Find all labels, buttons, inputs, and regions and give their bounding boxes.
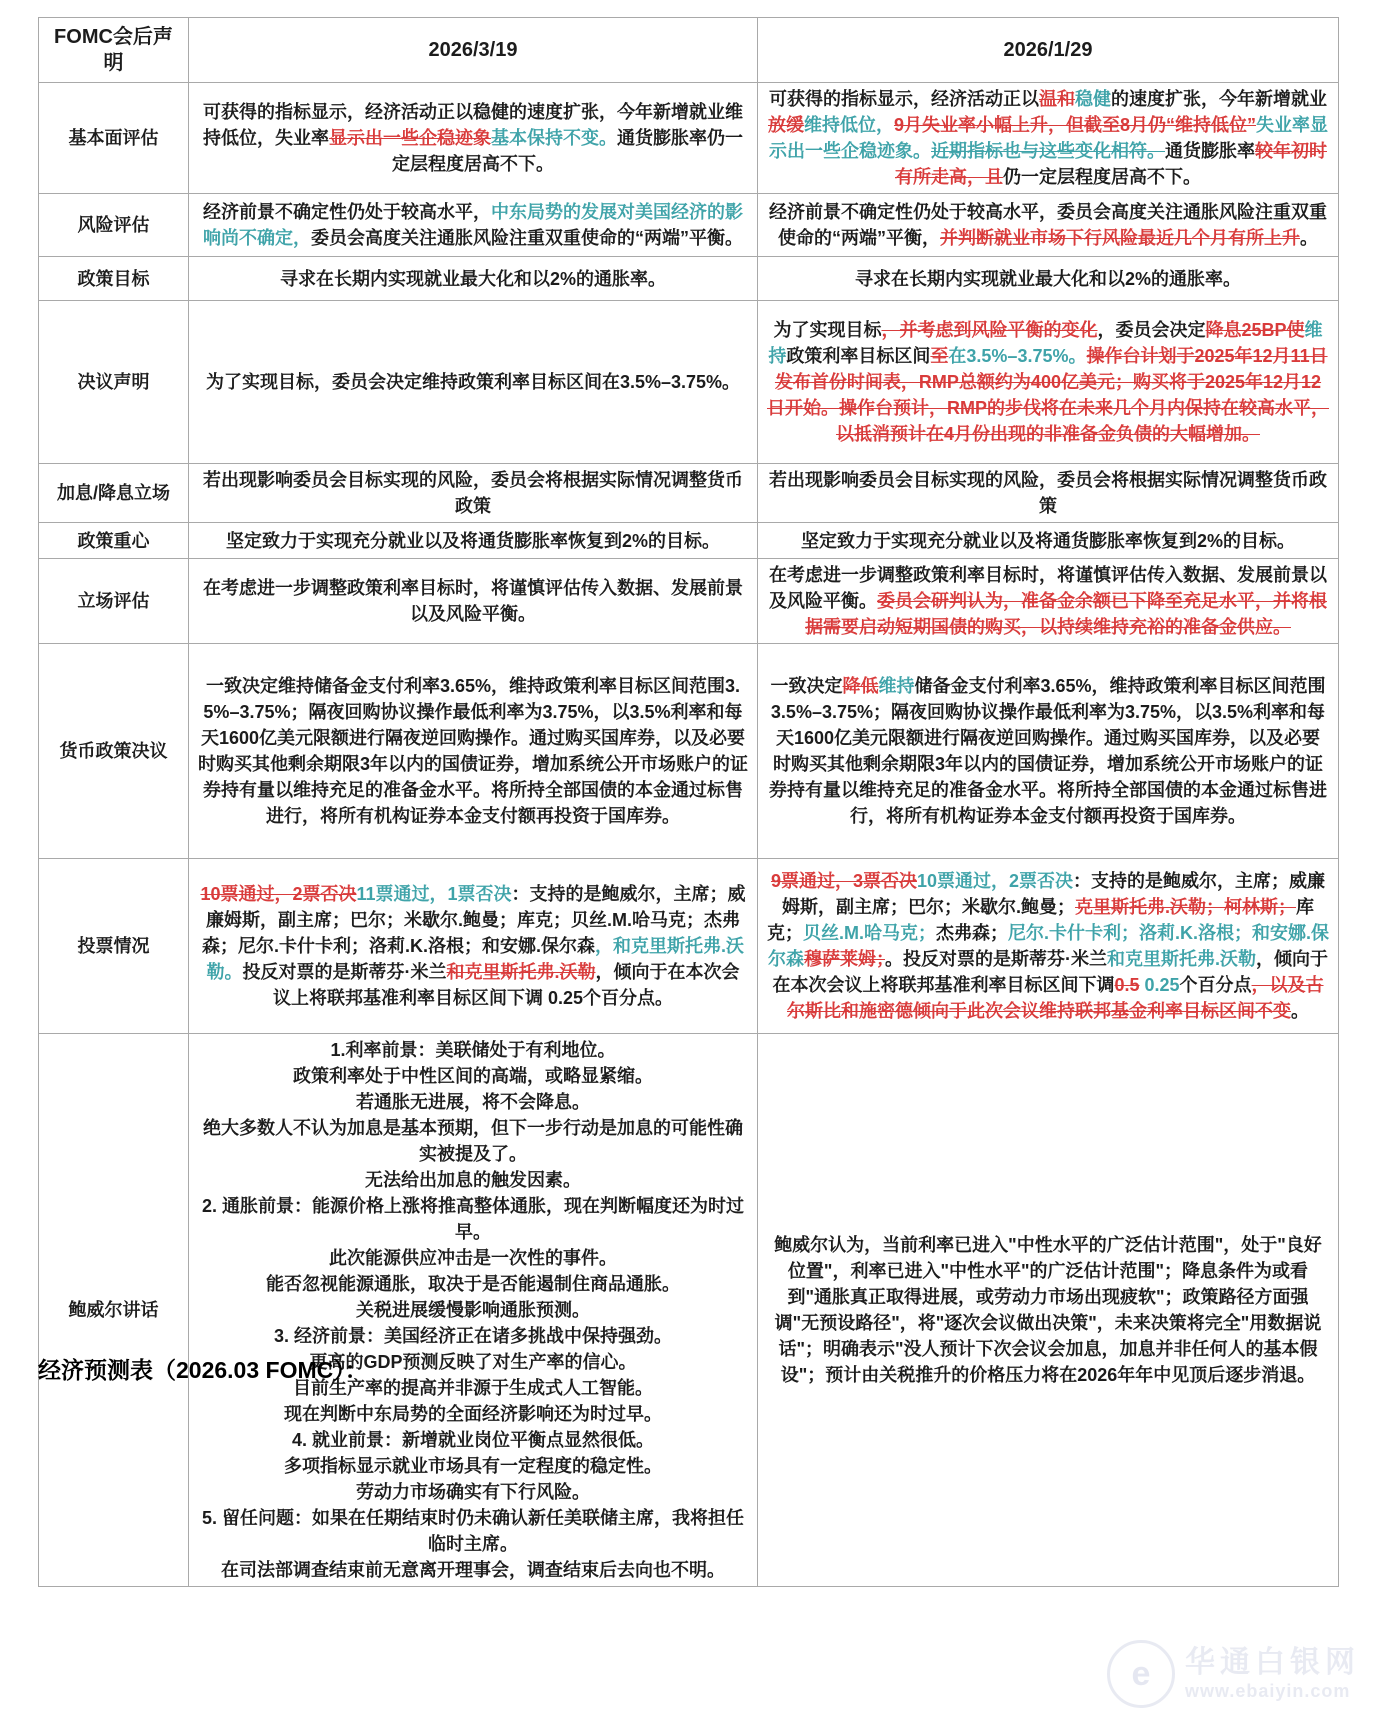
row-label: 基本面评估 — [39, 83, 189, 194]
table-row: 政策目标寻求在长期内实现就业最大化和以2%的通胀率。寻求在长期内实现就业最大化和… — [39, 257, 1339, 301]
statement-cell-2026-3-19: 一致决定维持储备金支付利率3.65%，维持政策利率目标区间范围3.5%–3.75… — [189, 644, 758, 859]
statement-cell-2026-1-29: 在考虑进一步调整政策利率目标时，将谨慎评估传入数据、发展前景以及风险平衡。委员会… — [758, 559, 1339, 644]
column-header-date-left: 2026/3/19 — [189, 18, 758, 83]
text-segment-rs: 穆萨莱姆； — [804, 949, 885, 969]
page: FOMC会后声明 2026/3/19 2026/1/29 基本面评估可获得的指标… — [0, 0, 1374, 1722]
text-segment-rs: 委员会研判认为，准备金余额已下降至充足水平，并将根据需要启动短期国债的购买，以持… — [805, 591, 1327, 637]
table-row: 政策重心坚定致力于实现充分就业以及将通货膨胀率恢复到2%的目标。坚定致力于实现充… — [39, 523, 1339, 559]
text-segment-n: 寻求在长期内实现就业最大化和以2%的通胀率。 — [280, 269, 666, 289]
statement-cell-2026-1-29: 经济前景不确定性仍处于较高水平，委员会高度关注通胀风险注重双重使命的“两端”平衡… — [758, 194, 1339, 257]
text-segment-n: 为了实现目标 — [773, 320, 881, 340]
statement-cell-2026-3-19: 可获得的指标显示，经济活动正以稳健的速度扩张，今年新增就业维持低位，失业率显示出… — [189, 83, 758, 194]
statement-cell-2026-3-19: 寻求在长期内实现就业最大化和以2%的通胀率。 — [189, 257, 758, 301]
text-segment-n: 寻求在长期内实现就业最大化和以2%的通胀率。 — [855, 269, 1241, 289]
text-segment-n: 在考虑进一步调整政策利率目标时，将谨慎评估传入数据、发展前景以及风险平衡。 — [203, 578, 743, 624]
table-title-cell: FOMC会后声明 — [39, 18, 189, 83]
row-label: 加息/降息立场 — [39, 464, 189, 523]
table-row: 货币政策决议一致决定维持储备金支付利率3.65%，维持政策利率目标区间范围3.5… — [39, 644, 1339, 859]
text-segment-n: 通货膨胀率 — [1165, 141, 1255, 161]
text-segment-rs: 放缓 — [768, 115, 804, 135]
text-segment-t: 10票通过，2票否决 — [917, 871, 1073, 891]
text-segment-t: 和克里斯托弗.沃勒 — [1107, 949, 1256, 969]
watermark-site-name: 华通白银网 — [1185, 1646, 1360, 1680]
text-segment-rs: ，并考虑到风险平衡的变化 — [881, 320, 1097, 340]
text-segment-rs: 和克里斯托弗.沃勒 — [446, 962, 595, 982]
row-label: 政策重心 — [39, 523, 189, 559]
text-segment-rs: 温和 — [1039, 89, 1075, 109]
statement-cell-2026-1-29: 若出现影响委员会目标实现的风险，委员会将根据实际情况调整货币政策 — [758, 464, 1339, 523]
table-row: 加息/降息立场若出现影响委员会目标实现的风险，委员会将根据实际情况调整货币政策若… — [39, 464, 1339, 523]
text-segment-n: 政策利率目标区间 — [786, 346, 930, 366]
text-segment-t: 在3.5%–3.75%。 — [948, 346, 1086, 366]
text-segment-n: 鲍威尔认为，当前利率已进入"中性水平的广泛估计范围"，处于"良好位置"，利率已进… — [774, 1235, 1322, 1385]
statement-cell-2026-1-29: 9票通过，3票否决10票通过，2票否决：支持的是鲍威尔，主席；威廉姆斯，副主席；… — [758, 859, 1339, 1034]
table-row: 风险评估经济前景不确定性仍处于较高水平，中东局势的发展对美国经济的影响尚不确定，… — [39, 194, 1339, 257]
text-segment-n: 为了实现目标，委员会决定维持政策利率目标区间在3.5%–3.75%。 — [206, 372, 740, 392]
text-segment-rs: 显示出一些企稳迹象 — [329, 128, 491, 148]
table-row: 决议声明为了实现目标，委员会决定维持政策利率目标区间在3.5%–3.75%。为了… — [39, 301, 1339, 464]
statement-cell-2026-3-19: 10票通过，2票否决11票通过，1票否决：支持的是鲍威尔，主席；威廉姆斯，副主席… — [189, 859, 758, 1034]
text-segment-t: 维持 — [878, 676, 914, 696]
text-segment-rs: 并判断就业市场下行风险最近几个月有所上升 — [940, 228, 1300, 248]
text-segment-ts: 近期指标也与这些变化相符。 — [931, 141, 1165, 161]
economic-forecast-section-title: 经济预测表（2026.03 FOMC）： — [38, 1352, 368, 1385]
statement-cell-2026-1-29: 为了实现目标，并考虑到风险平衡的变化，委员会决定降息25BP使维持政策利率目标区… — [758, 301, 1339, 464]
text-segment-n: 仍一定层程度居高不下。 — [1003, 167, 1201, 187]
text-segment-rs: 0.5 — [1114, 975, 1139, 995]
text-segment-rs: 9月失业率小幅上升，但截至8月仍“维持低位” — [894, 115, 1256, 135]
text-segment-n: 投反对票的是斯蒂芬·米兰 — [242, 962, 446, 982]
row-label: 鲍威尔讲话 — [39, 1034, 189, 1587]
text-segment-n: 。 — [1291, 1001, 1309, 1021]
text-segment-rs: 至 — [930, 346, 948, 366]
text-segment-n: 坚定致力于实现充分就业以及将通货膨胀率恢复到2%的目标。 — [226, 531, 720, 551]
text-segment-t: 维持低位， — [804, 115, 894, 135]
statement-cell-2026-3-19: 在考虑进一步调整政策利率目标时，将谨慎评估传入数据、发展前景以及风险平衡。 — [189, 559, 758, 644]
text-segment-t: 稳健 — [1075, 89, 1111, 109]
row-label: 决议声明 — [39, 301, 189, 464]
text-segment-n: 。 — [1300, 228, 1318, 248]
statement-cell-2026-3-19: 坚定致力于实现充分就业以及将通货膨胀率恢复到2%的目标。 — [189, 523, 758, 559]
table-row: 鲍威尔讲话1.利率前景：美联储处于有利地位。 政策利率处于中性区间的高端，或略显… — [39, 1034, 1339, 1587]
text-segment-n: 储备金支付利率3.65%，维持政策利率目标区间范围3.5%–3.75%；隔夜回购… — [769, 676, 1327, 826]
statement-cell-2026-1-29: 坚定致力于实现充分就业以及将通货膨胀率恢复到2%的目标。 — [758, 523, 1339, 559]
watermark-logo-icon: e — [1107, 1640, 1175, 1708]
text-segment-n: 一致决定维持储备金支付利率3.65%，维持政策利率目标区间范围3.5%–3.75… — [198, 676, 748, 826]
text-segment-n: 可获得的指标显示，经济活动正以 — [769, 89, 1039, 109]
column-header-date-right: 2026/1/29 — [758, 18, 1339, 83]
statement-cell-2026-3-19: 经济前景不确定性仍处于较高水平，中东局势的发展对美国经济的影响尚不确定，委员会高… — [189, 194, 758, 257]
table-row: 投票情况10票通过，2票否决11票通过，1票否决：支持的是鲍威尔，主席；威廉姆斯… — [39, 859, 1339, 1034]
text-segment-n: 1.利率前景：美联储处于有利地位。 政策利率处于中性区间的高端，或略显紧缩。 若… — [202, 1040, 744, 1580]
statement-cell-2026-3-19: 1.利率前景：美联储处于有利地位。 政策利率处于中性区间的高端，或略显紧缩。 若… — [189, 1034, 758, 1587]
text-segment-t: 基本保持不变。 — [491, 128, 617, 148]
watermark: e 华通白银网 www.ebaiyin.com — [1107, 1640, 1360, 1708]
text-segment-t: 贝丝.M.哈马克； — [803, 923, 936, 943]
text-segment-n: 一致决定 — [770, 676, 842, 696]
text-segment-n: 坚定致力于实现充分就业以及将通货膨胀率恢复到2%的目标。 — [801, 531, 1295, 551]
statement-cell-2026-1-29: 可获得的指标显示，经济活动正以温和稳健的速度扩张，今年新增就业放缓维持低位，9月… — [758, 83, 1339, 194]
table-header-row: FOMC会后声明 2026/3/19 2026/1/29 — [39, 18, 1339, 83]
table-row: 基本面评估可获得的指标显示，经济活动正以稳健的速度扩张，今年新增就业维持低位，失… — [39, 83, 1339, 194]
text-segment-n: ，委员会决定 — [1097, 320, 1205, 340]
text-segment-rs: 9票通过，3票否决 — [771, 871, 917, 891]
text-segment-n: 若出现影响委员会目标实现的风险，委员会将根据实际情况调整货币政策 — [769, 470, 1327, 516]
text-segment-n: 委员会高度关注通胀风险注重双重使命的“两端”平衡。 — [311, 228, 743, 248]
text-segment-n: 杰弗森； — [936, 923, 1008, 943]
statement-cell-2026-1-29: 一致决定降低维持储备金支付利率3.65%，维持政策利率目标区间范围3.5%–3.… — [758, 644, 1339, 859]
text-segment-n: 经济前景不确定性仍处于较高水平， — [203, 202, 491, 222]
text-segment-t: 0.25 — [1139, 975, 1179, 995]
statement-cell-2026-3-19: 若出现影响委员会目标实现的风险，委员会将根据实际情况调整货币政策 — [189, 464, 758, 523]
text-segment-n: 的速度扩张，今年新增就业 — [1111, 89, 1327, 109]
row-label: 投票情况 — [39, 859, 189, 1034]
text-segment-rs: 克里斯托弗.沃勒；柯林斯； — [1075, 897, 1296, 917]
text-segment-n: 若出现影响委员会目标实现的风险，委员会将根据实际情况调整货币政策 — [203, 470, 743, 516]
row-label: 风险评估 — [39, 194, 189, 257]
row-label: 货币政策决议 — [39, 644, 189, 859]
table-row: 立场评估在考虑进一步调整政策利率目标时，将谨慎评估传入数据、发展前景以及风险平衡… — [39, 559, 1339, 644]
watermark-site-url: www.ebaiyin.com — [1185, 1680, 1360, 1702]
text-segment-t: 11票通过，1票否决 — [357, 884, 512, 904]
text-segment-n: 个百分点 — [1180, 975, 1252, 995]
text-segment-rs: 降低 — [842, 676, 878, 696]
text-segment-n: 。投反对票的是斯蒂芬·米兰 — [885, 949, 1107, 969]
statement-cell-2026-1-29: 鲍威尔认为，当前利率已进入"中性水平的广泛估计范围"，处于"良好位置"，利率已进… — [758, 1034, 1339, 1587]
statement-cell-2026-3-19: 为了实现目标，委员会决定维持政策利率目标区间在3.5%–3.75%。 — [189, 301, 758, 464]
row-label: 政策目标 — [39, 257, 189, 301]
text-segment-rs: 10票通过，2票否决 — [200, 884, 356, 904]
text-segment-rs: 降息25BP使 — [1205, 320, 1304, 340]
statement-cell-2026-1-29: 寻求在长期内实现就业最大化和以2%的通胀率。 — [758, 257, 1339, 301]
row-label: 立场评估 — [39, 559, 189, 644]
